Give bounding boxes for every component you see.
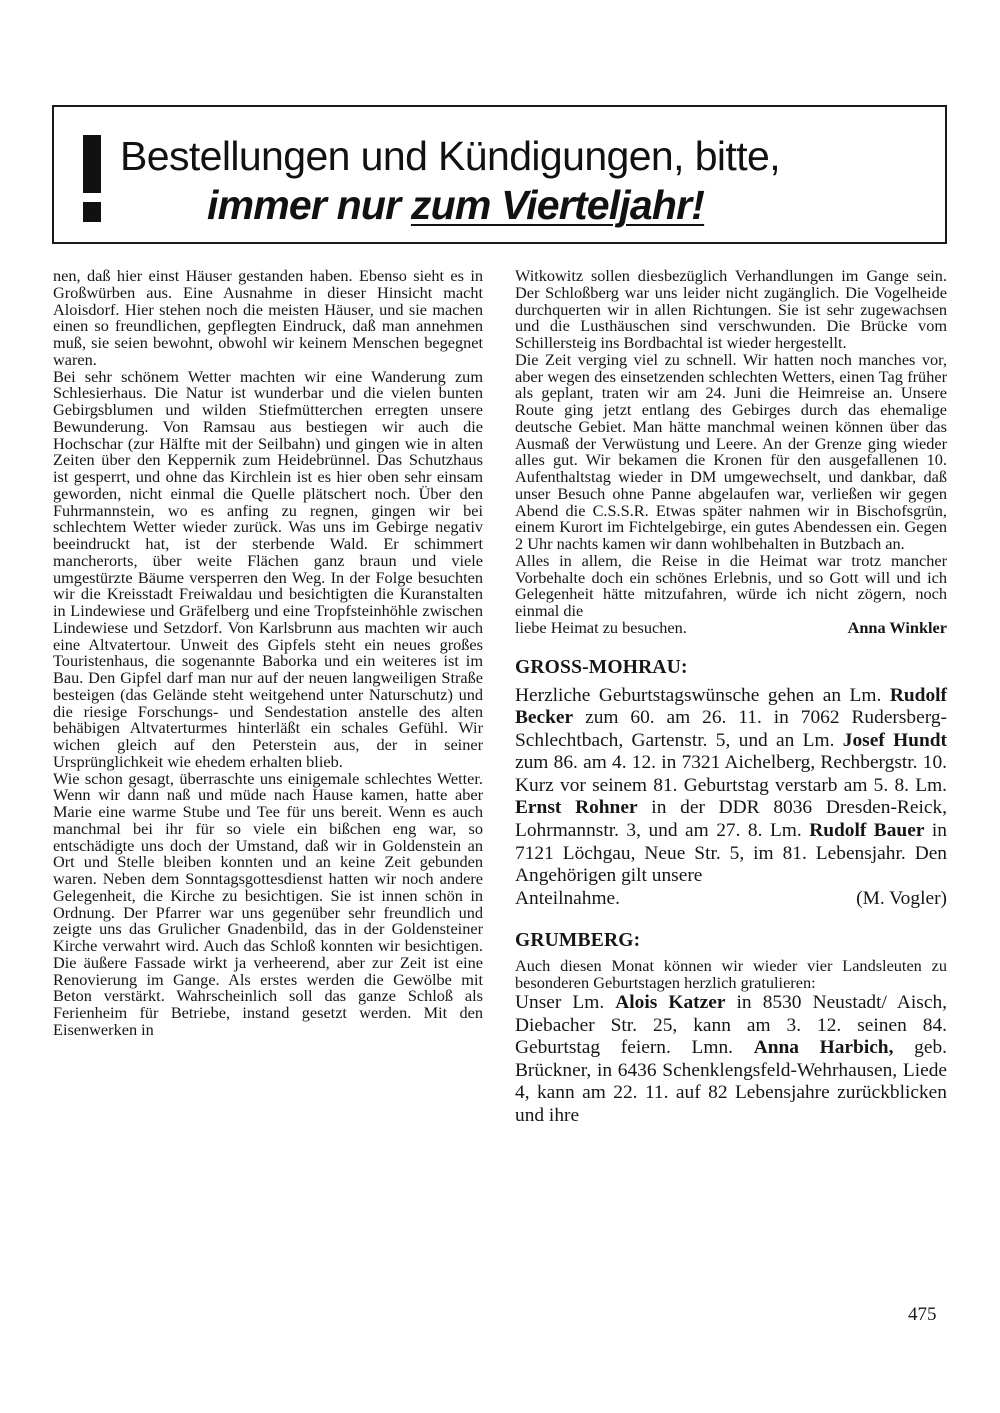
paragraph: Die Zeit verging viel zu schnell. Wir ha… [515, 352, 947, 553]
text: Anteilnahme. [515, 888, 620, 911]
paragraph: Bei sehr schönem Wetter machten wir eine… [53, 369, 483, 771]
page-number: 475 [908, 1304, 937, 1326]
left-column: nen, daß hier einst Häuser gestanden hab… [53, 268, 483, 1039]
gross-mohrau-signature-line: Anteilnahme. (M. Vogler) [515, 888, 947, 911]
notice-box: Bestellungen und Kündigungen, bitte, imm… [52, 105, 947, 244]
person-name: Rudolf Bauer [809, 820, 924, 841]
person-name: Alois Katzer [615, 992, 725, 1013]
closing-text: liebe Heimat zu besuchen. [515, 620, 687, 637]
paragraph: Wie schon gesagt, überraschte uns einige… [53, 771, 483, 1039]
section-heading-grumberg: GRUMBERG: [515, 930, 947, 952]
section-heading-gross-mohrau: GROSS-MOHRAU: [515, 657, 947, 679]
grumberg-text: Unser Lm. Alois Katzer in 8530 Neustadt/… [515, 992, 947, 1128]
grumberg-intro: Auch diesen Monat können wir wieder vier… [515, 958, 947, 992]
notice-subline: immer nur zum Vierteljahr! [207, 182, 704, 229]
paragraph: Witkowitz sollen diesbezüglich Verhandlu… [515, 268, 947, 352]
gross-mohrau-text: Herzliche Geburtstagswünsche gehen an Lm… [515, 685, 947, 888]
text: Herzliche Geburtstagswünsche gehen an Lm… [515, 685, 890, 706]
notice-subline-prefix: immer nur [207, 182, 411, 228]
text: zum 86. am 4. 12. in 7321 Aichelberg, Re… [515, 752, 947, 796]
person-name: Anna Harbich, [754, 1037, 894, 1058]
paragraph: Alles in allem, die Reise in die Heimat … [515, 553, 947, 620]
signature-line: liebe Heimat zu besuchen. Anna Winkler [515, 620, 947, 637]
notice-headline: Bestellungen und Kündigungen, bitte, [120, 133, 780, 180]
text: Unser Lm. [515, 992, 615, 1013]
person-name: Ernst Rohner [515, 797, 638, 818]
author-name: Anna Winkler [848, 620, 947, 637]
person-name: Josef Hundt [843, 730, 947, 751]
exclamation-icon [83, 135, 101, 193]
exclamation-dot-icon [83, 202, 101, 222]
author-name: (M. Vogler) [856, 888, 947, 911]
notice-subline-underlined: zum Vierteljahr! [411, 182, 704, 228]
paragraph: nen, daß hier einst Häuser gestanden hab… [53, 268, 483, 369]
right-column: Witkowitz sollen diesbezüglich Verhandlu… [515, 268, 947, 1128]
